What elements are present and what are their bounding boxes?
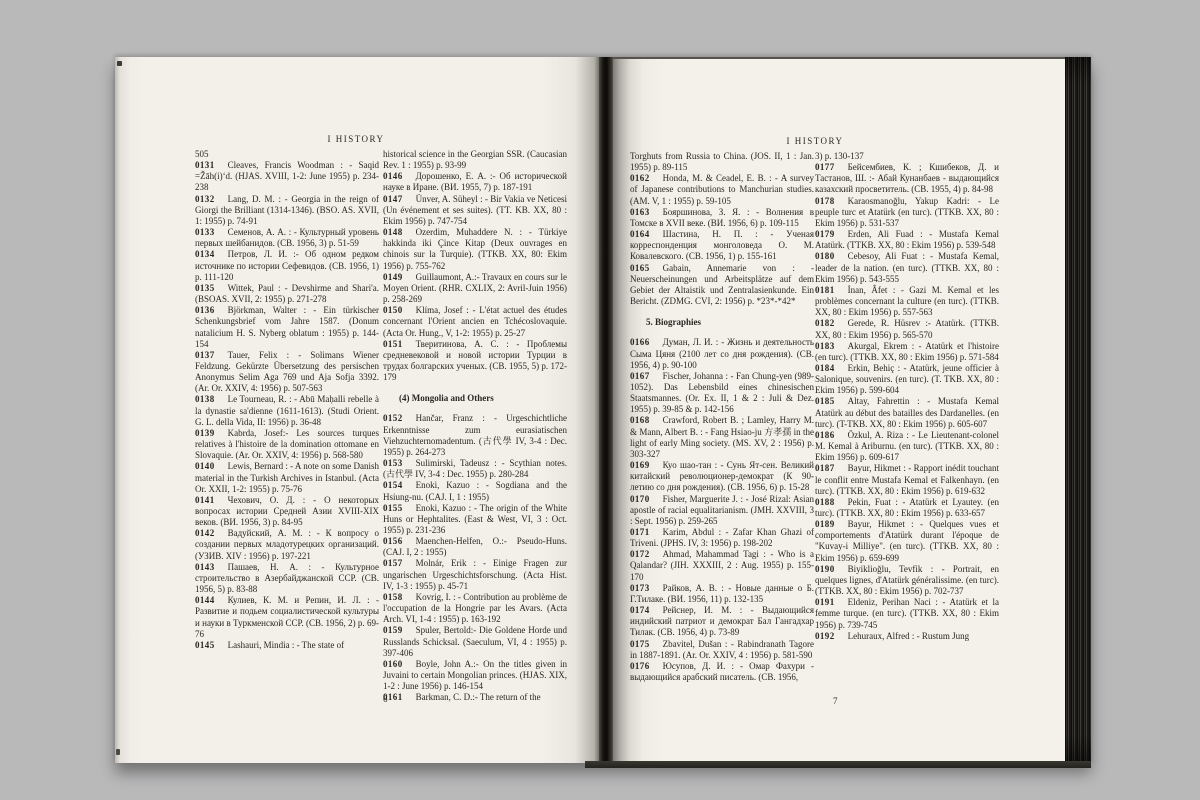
bibliography-entry: 0160Boyle, John A.:- On the titles given… <box>383 659 567 692</box>
bibliography-entry: 0172Ahmad, Mahammad Tagi : - Who is a Qa… <box>630 549 814 582</box>
entry-number: 0131 <box>195 160 215 170</box>
bibliography-entry: 0144Кулиев, К. М. и Репин, И. Л. : - Раз… <box>195 595 379 640</box>
entry-number: 0182 <box>815 318 835 328</box>
entry-number: 0180 <box>815 251 835 261</box>
entry-number: 0148 <box>383 227 403 237</box>
entry-number: 0171 <box>630 527 650 537</box>
entry-number: 0186 <box>815 430 835 440</box>
entry-number: 0143 <box>195 562 215 572</box>
bibliography-entry: 0183Akurgal, Ekrem : - Atatürk et l'hist… <box>815 341 999 363</box>
bibliography-entry: 0148Ozerdim, Muhaddere N. : - Türkiye ha… <box>383 227 567 272</box>
running-header-right: I HISTORY <box>613 136 1017 146</box>
left-page: I HISTORY 5050131Cleaves, Francis Woodma… <box>115 57 599 763</box>
running-header-left: I HISTORY <box>129 134 583 144</box>
entry-number: 0146 <box>383 171 403 181</box>
section-heading: (4) Mongolia and Others <box>399 393 567 404</box>
bibliography-entry: 0164Шастина, Н. П. : - Ученая корреспонд… <box>630 229 814 262</box>
entry-number: 0168 <box>630 415 650 425</box>
page-number-left: 6 <box>383 694 388 704</box>
bibliography-entry: 0188Pekin, Fuat : - Atatürk et Lyautey. … <box>815 497 999 519</box>
entry-number: 0141 <box>195 495 215 505</box>
entry-number: 0152 <box>383 413 403 423</box>
bibliography-entry: 0141Чехович, О. Д. : - О некоторых вопро… <box>195 495 379 528</box>
bibliography-entry: 0136Björkman, Walter : - Ein türkischer … <box>195 305 379 350</box>
right-page: I HISTORY Torghuts from Russia to China.… <box>613 57 1065 765</box>
entry-number: 0137 <box>195 350 215 360</box>
entry-number: 0139 <box>195 428 215 438</box>
column-label: 505 <box>195 149 379 160</box>
right-page-column-2: 3) p. 130-1370177Бейсембиев, К. ; Кшибек… <box>815 151 999 707</box>
bibliography-entry: 0167Fischer, Johanna : - Fan Chung-yen (… <box>630 371 814 416</box>
entry-number: 0153 <box>383 458 403 468</box>
bibliography-entry: 0152Hančar, Franz : - Urgeschichtliche E… <box>383 413 567 458</box>
entry-number: 0144 <box>195 595 215 605</box>
bibliography-entry: 0187Bayur, Hikmet : - Rapport inédit tou… <box>815 463 999 496</box>
bibliography-entry: 0182Gerede, R. Hüsrev :- Atatürk. (TTKB.… <box>815 318 999 340</box>
entry-number: 0173 <box>630 583 650 593</box>
bibliography-entry: 0150Klíma, Josef : - L'état actuel des é… <box>383 305 567 338</box>
bibliography-entry: 0151Тверитинова, А. С. : - Проблемы сред… <box>383 339 567 384</box>
entry-number: 0134 <box>195 249 215 259</box>
bibliography-entry: 0165Gabain, Annemarie von : - Neuerschei… <box>630 263 814 308</box>
entry-number: 0188 <box>815 497 835 507</box>
bibliography-entry: 0146Дорошенко, Е. А. :- Об исторической … <box>383 171 567 193</box>
bibliography-entry: 0142Вадуйский, А. М. : - К вопросу о соз… <box>195 528 379 561</box>
bibliography-entry: 0134Петров, Л. И. :- Об одном редком ист… <box>195 249 379 282</box>
bibliography-entry: 0179Erden, Ali Fuad : - Mustafa Kemal At… <box>815 229 999 251</box>
bibliography-entry: 0171Karim, Abdul : - Zafar Khan Ghazi of… <box>630 527 814 549</box>
entry-number: 0150 <box>383 305 403 315</box>
bibliography-entry: 0176Юсупов, Д. И. : - Омар Фахури - выда… <box>630 661 814 683</box>
entry-number: 0154 <box>383 480 403 490</box>
page-number-right: 7 <box>833 696 838 706</box>
bibliography-entry: 0138Le Tourneau, R. : - Abū Maḥalli rebe… <box>195 394 379 427</box>
entry-number: 0185 <box>815 396 835 406</box>
bibliography-entry: 0133Семенов, А. А. : - Культурный уровен… <box>195 227 379 249</box>
book-fore-edge-pages <box>1065 57 1091 763</box>
bibliography-entry: 0189Bayur, Hikmet : - Quelques vues et c… <box>815 519 999 564</box>
entry-number: 0179 <box>815 229 835 239</box>
bibliography-entry: 0181İnan, Âfet : - Gazi M. Kemal et les … <box>815 285 999 318</box>
bibliography-entry: 0147Ünver, A. Süheyl : - Bir Vakia ve Ne… <box>383 194 567 227</box>
bibliography-entry: 0168Crawford, Robert B. ; Lamley, Harry … <box>630 415 814 460</box>
bibliography-entry: 0156Maenchen-Helfen, O.:- Pseudo-Huns. (… <box>383 536 567 558</box>
bibliography-entry: 0192Lehuraux, Alfred : - Rustum Jung <box>815 631 999 642</box>
bibliography-entry: 0173Райков, А. В. : - Новые данные о Б. … <box>630 583 814 605</box>
entry-number: 0192 <box>815 631 835 641</box>
entry-number: 0157 <box>383 558 403 568</box>
entry-number: 0175 <box>630 639 650 649</box>
bibliography-entry: 0154Enoki, Kazuo : - Sogdiana and the Hs… <box>383 480 567 502</box>
bibliography-entry: 0135Wittek, Paul : - Devshirme and Shari… <box>195 283 379 305</box>
entry-number: 0142 <box>195 528 215 538</box>
entry-number: 0189 <box>815 519 835 529</box>
entry-number: 0190 <box>815 564 835 574</box>
bibliography-entry: 0163Бояршинова, З. Я. : - Волнения в Том… <box>630 207 814 229</box>
bibliography-entry: 0175Zbavitel, Dušan : - Rabindranath Tag… <box>630 639 814 661</box>
entry-number: 0178 <box>815 196 835 206</box>
left-page-column-2: historical science in the Georgian SSR. … <box>383 149 567 705</box>
book-bottom-page-edges <box>585 761 1091 768</box>
bibliography-entry: 0174Рейснер, И. М. : - Выдающийся индийс… <box>630 605 814 638</box>
bibliography-entry: 0132Lang, D. M. : - Georgia in the reign… <box>195 194 379 227</box>
entry-number: 0170 <box>630 494 650 504</box>
bibliography-entry: 0177Бейсембиев, К. ; Кшибеков, Д. и Таст… <box>815 162 999 195</box>
continuation-paragraph: Torghuts from Russia to China. (JOS. II,… <box>630 151 814 173</box>
entry-number: 0191 <box>815 597 835 607</box>
entry-number: 0135 <box>195 283 215 293</box>
bibliography-entry: 0143Пашаев, Н. А. : - Культурное строите… <box>195 562 379 595</box>
bibliography-entry: 0185Altay, Fahrettin : - Mustafa Kemal A… <box>815 396 999 429</box>
bibliography-entry: 0190Biyiklioğlu, Tevfik : - Portrait, en… <box>815 564 999 597</box>
bibliography-entry: 0184Erkin, Behiç : - Atatürk, jeune offi… <box>815 363 999 396</box>
bibliography-entry: 0155Enoki, Kazuo : - The origin of the W… <box>383 503 567 536</box>
entry-number: 0164 <box>630 229 650 239</box>
entry-number: 0181 <box>815 285 835 295</box>
bibliography-entry: 0178Karaosmanoğlu, Yakup Kadri: - Le peu… <box>815 196 999 229</box>
bibliography-entry: 0140Lewis, Bernard : - A note on some Da… <box>195 461 379 494</box>
entry-number: 0162 <box>630 173 650 183</box>
entry-number: 0136 <box>195 305 215 315</box>
bibliography-entry: 0137Tauer, Felix : - Solimans Wiener Fel… <box>195 350 379 395</box>
bibliography-entry: 0145Lashauri, Mindia : - The state of <box>195 640 379 651</box>
bibliography-entry: 0180Cebesoy, Ali Fuat : - Mustafa Kemal,… <box>815 251 999 284</box>
continuation-paragraph: 3) p. 130-137 <box>815 151 999 162</box>
entry-number: 0184 <box>815 363 835 373</box>
entry-number: 0160 <box>383 659 403 669</box>
entry-number: 0176 <box>630 661 650 671</box>
entry-number: 0165 <box>630 263 650 273</box>
entry-number: 0145 <box>195 640 215 650</box>
bibliography-entry: 0131Cleaves, Francis Woodman : - Saqid =… <box>195 160 379 193</box>
bibliography-entry: 0186Özkul, A. Riza : - Le Lieutenant-col… <box>815 430 999 463</box>
bibliography-entry: 0157Molnár, Erik : - Einige Fragen zur u… <box>383 558 567 591</box>
entry-number: 0174 <box>630 605 650 615</box>
bibliography-entry: 0166Думан, Л. И. : - Жизнь и деятельност… <box>630 337 814 370</box>
entry-number: 0155 <box>383 503 403 513</box>
left-page-column-1: 5050131Cleaves, Francis Woodman : - Saqi… <box>195 149 379 705</box>
open-book-spread: I HISTORY 5050131Cleaves, Francis Woodma… <box>115 57 1091 763</box>
entry-number: 0156 <box>383 536 403 546</box>
entry-number: 0167 <box>630 371 650 381</box>
entry-number: 0149 <box>383 272 403 282</box>
bibliography-entry: 0162Honda, M. & Ceadel, E. B. : - A surv… <box>630 173 814 206</box>
bibliography-entry: 0139Kabrda, Josef:- Les sources turques … <box>195 428 379 461</box>
entry-number: 0132 <box>195 194 215 204</box>
entry-number: 0140 <box>195 461 215 471</box>
entry-number: 0151 <box>383 339 403 349</box>
bibliography-entry: 0149Guillaumont, A.:- Travaux en cours s… <box>383 272 567 305</box>
bibliography-entry: 0170Fisher, Marguerite J. : - José Rizal… <box>630 494 814 527</box>
continuation-paragraph: historical science in the Georgian SSR. … <box>383 149 567 171</box>
entry-number: 0187 <box>815 463 835 473</box>
bibliography-entry: 0159Spuler, Bertold:- Die Goldene Horde … <box>383 625 567 658</box>
entry-number: 0159 <box>383 625 403 635</box>
bibliography-entry: 0158Kovrig, I. : - Contribution au probl… <box>383 592 567 625</box>
entry-number: 0177 <box>815 162 835 172</box>
bibliography-entry: 0153Sulimirski, Tadeusz : - Scythian not… <box>383 458 567 480</box>
entry-number: 0166 <box>630 337 650 347</box>
bibliography-entry: 0169Куо шао-тан : - Сунь Ят-сен. Великий… <box>630 460 814 493</box>
entry-number: 0147 <box>383 194 403 204</box>
section-heading: 5. Biographies <box>646 317 814 328</box>
entry-number: 0158 <box>383 592 403 602</box>
book-gutter-spine <box>599 57 613 763</box>
bibliography-entry: 0161Barkman, C. D.:- The return of the <box>383 692 567 703</box>
entry-number: 0163 <box>630 207 650 217</box>
entry-number: 0169 <box>630 460 650 470</box>
right-page-column-1: Torghuts from Russia to China. (JOS. II,… <box>630 151 814 707</box>
entry-number: 0133 <box>195 227 215 237</box>
entry-number: 0138 <box>195 394 215 404</box>
entry-number: 0183 <box>815 341 835 351</box>
entry-number: 0172 <box>630 549 650 559</box>
bibliography-entry: 0191Eldeniz, Perihan Naci : - Atatürk et… <box>815 597 999 630</box>
